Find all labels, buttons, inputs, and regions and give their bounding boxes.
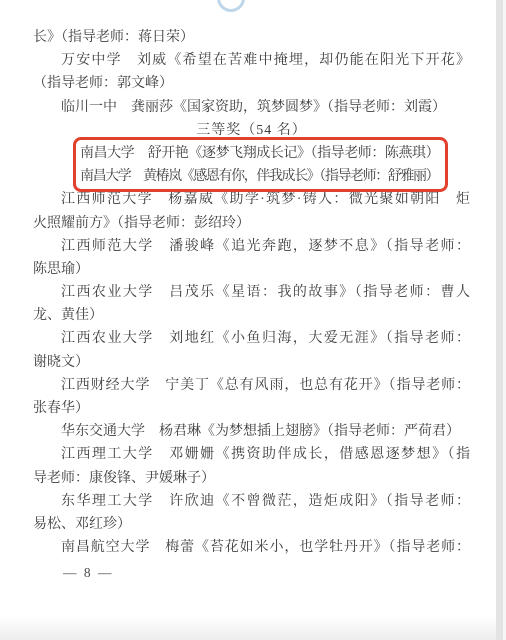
doc-line-continuation: 龙、黄佳） <box>33 304 470 327</box>
watermark-circle-icon <box>217 0 245 12</box>
highlighted-entry-line: 南昌大学 黄椿岚《感恩有你，伴我成长》（指导老师：舒雅丽） <box>33 165 470 188</box>
highlighted-entry-line: 南昌大学 舒开艳《逐梦飞翔成长记》（指导老师：陈燕琪） <box>33 142 470 165</box>
document-body: 长》（指导老师：蒋日荣） 万安中学 刘威《希望在苦难中掩埋，却仍能在阳光下开花》… <box>33 26 470 559</box>
page-bottom-shadow <box>0 616 496 640</box>
doc-line-entry: 江西农业大学 刘地红《小鱼归海，大爱无涯》（指导老师： <box>33 327 470 350</box>
page-edge-band <box>496 0 503 640</box>
doc-line-entry: 华东交通大学 杨君琳《为梦想插上翅膀》（指导老师：严荷君） <box>33 420 470 443</box>
doc-line-entry: 江西财经大学 宁美丁《总有风雨，也总有花开》（指导老师： <box>33 374 470 397</box>
doc-line-continuation: 导老师：康俊锋、尹媛琳子） <box>33 467 470 490</box>
doc-line-entry: 东华理工大学 许欣迪《不曾微茫，造炬成阳》（指导老师： <box>33 490 470 513</box>
doc-line-entry: 南昌航空大学 梅蕾《苔花如米小，也学牡丹开》（指导老师： <box>33 536 470 559</box>
doc-line-continuation: 谢晓文） <box>33 351 470 374</box>
doc-line-entry: 江西理工大学 邓姗姗《携资助伴成长，借感恩逐梦想》（指 <box>33 443 470 466</box>
page-number: — 8 — <box>63 565 114 581</box>
doc-line-continuation: 长》（指导老师：蒋日荣） <box>33 26 470 49</box>
doc-line-continuation: 张春华） <box>33 397 470 420</box>
doc-line-entry: 江西师范大学 潘骏峰《追光奔跑，逐梦不息》（指导老师： <box>33 235 470 258</box>
doc-line-entry: 江西师范大学 杨嘉威《助学·筑梦·铸人：微光聚如朝阳 炬 <box>33 188 470 211</box>
doc-line-entry: 临川一中 龚丽莎《国家资助，筑梦圆梦》（指导老师：刘霞） <box>33 96 470 119</box>
doc-line-entry: 江西农业大学 吕茂乐《星语：我的故事》（指导老师：曹人 <box>33 281 470 304</box>
doc-line-continuation: 易松、邓红珍） <box>33 513 470 536</box>
doc-line-continuation: 火照耀前方》（指导老师：彭绍玲） <box>33 212 470 235</box>
doc-line-continuation: （指导老师：郭文峰） <box>33 72 470 95</box>
doc-line-continuation: 陈思瑜） <box>33 258 470 281</box>
award-tier-heading: 三等奖（54 名） <box>33 119 470 142</box>
doc-line-entry: 万安中学 刘威《希望在苦难中掩埋，却仍能在阳光下开花》 <box>33 49 470 72</box>
